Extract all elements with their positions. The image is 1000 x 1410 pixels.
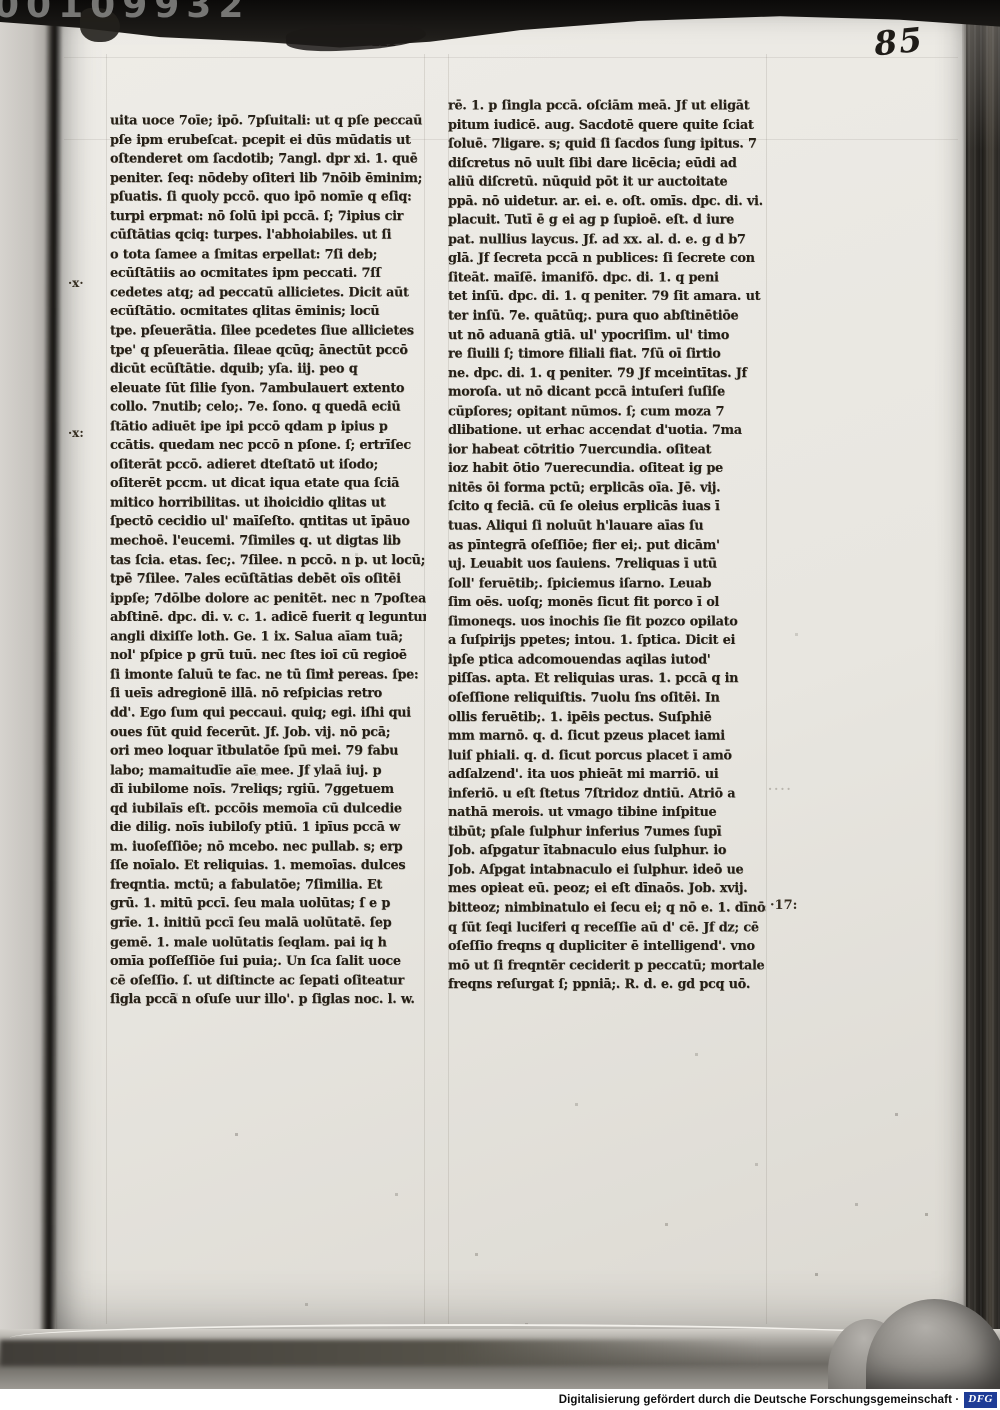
- ruling-line: [106, 54, 107, 1324]
- manuscript-text-line: ſi ueīs adregionē illā. nō reſpicias ret…: [110, 685, 426, 704]
- manuscript-text-line: glā. Jf ſecreta pccā n publices: ſi ſecr…: [448, 250, 766, 269]
- manuscript-text-line: ſtātio adiuēt ipe ipi pccō qdam p ipius …: [110, 418, 426, 437]
- manuscript-text-line: oues ſūt quid fecerūt. Jf. Job. vij. nō …: [110, 723, 426, 742]
- manuscript-text-line: tuas. Aliqui ſi noluūt h'lauare aīas ſu: [448, 517, 766, 536]
- manuscript-text-line: uj. Leuabit uos ſauiens. 7reliquas ī utū: [448, 555, 766, 574]
- manuscript-text-line: mitico horribilitas. ut ihoicidio qlitas…: [110, 494, 426, 513]
- manuscript-text-line: labo; mamaitudīe aīe mee. Jf ylaā iuj. p: [110, 762, 426, 781]
- manuscript-text-line: cē oſeſſio. ſ. ut diſtincte ac ſepati oſ…: [110, 972, 426, 991]
- manuscript-page: III 85 uita uoce 7oīe; ipō. 7pſuitali: u…: [56, 14, 966, 1346]
- manuscript-text-line: tas ſcia. etas. ſec;. 7ſilee. n pccō. n …: [110, 551, 426, 570]
- manuscript-text-line: ioz habit ōtio 7uerecundia. oſiteat ig p…: [448, 460, 766, 479]
- manuscript-text-line: ſim oēs. uoſq; monēs ſicut fit porco ī o…: [448, 594, 766, 613]
- manuscript-text-line: ipſe ptica adcomouendas aqilas iutod': [448, 651, 766, 670]
- manuscript-text-line: ſpectō cecidio ul' maīſeſto. qntitas ut …: [110, 513, 426, 532]
- footer-credit-text: Digitalisierung gefördert durch die Deut…: [559, 1394, 960, 1406]
- manuscript-text-line: pitum iudicē. aug. Sacdotē quere quite ſ…: [448, 116, 766, 135]
- manuscript-text-line: aliū diſcretū. nūquid pōt it ur auctoita…: [448, 173, 766, 192]
- manuscript-text-line: ſoll' feruētib;. ſpiciemus iſarno. Leuab: [448, 575, 766, 594]
- manuscript-text-line: gemē. 1. male uolūtatis ſeqlam. pai iq h: [110, 933, 426, 952]
- manuscript-text-line: turpi erpmat: nō ſolū ipi pccā. ſ; 7ipiu…: [110, 208, 426, 227]
- manuscript-text-line: o tota ſamee a ſmitas erpellat: 7ſi deb;: [110, 246, 426, 265]
- digitization-footer: Digitalisierung gefördert durch die Deut…: [0, 1389, 1000, 1410]
- manuscript-text-line: cūpſores; opitant nūmos. ſ; cum moza 7: [448, 403, 766, 422]
- manuscript-text-line: ſiteāt. maīſē. imanifō. dpc. di. 1. q pe…: [448, 269, 766, 288]
- manuscript-text-line: ſimoneqs. uos inochis ſie fit pozco opil…: [448, 613, 766, 632]
- manuscript-text-line: rē. 1. p ſingla pccā. oſciām meā. Jf ut …: [448, 97, 766, 116]
- manuscript-text-line: freqntia. mctū; a fabulatōe; 7ſimilia. E…: [110, 876, 426, 895]
- manuscript-text-line: ut nō aduanā gtiā. ul' ypocriſim. ul' ti…: [448, 326, 766, 345]
- manuscript-text-line: omīa poſſeſſiōe ſui puia;. Un ſca ſalit …: [110, 953, 426, 972]
- ruling-line: [64, 57, 958, 58]
- manuscript-text-line: placuit. Tutī ē g ei ag p ſupioē. eſt. d…: [448, 212, 766, 231]
- manuscript-text-line: adſalzend'. ita uos phieāt mi marriō. ui: [448, 766, 766, 785]
- manuscript-text-line: angli dixiſſe loth. Ge. 1 ix. Salua aīam…: [110, 628, 426, 647]
- manuscript-text-line: tibūt; pſale ſulphur inferius 7umes ſupī: [448, 823, 766, 842]
- manuscript-text-line: oſeſſione reliquiſtis. 7uolu ſns oſitēi.…: [448, 689, 766, 708]
- manuscript-text-line: ollis feruētib;. 1. ipēis pectus. Suſphi…: [448, 708, 766, 727]
- manuscript-text-line: collo. 7nutib; celo;. 7e. ſono. q quedā …: [110, 399, 426, 418]
- manuscript-text-line: tpē 7ſilee. 7ales ecūſtātias debēt oīs o…: [110, 570, 426, 589]
- manuscript-text-line: ppā. nō uidetur. ar. ei. e. oſt. omīs. d…: [448, 193, 766, 212]
- marginal-mark: ·x·: [68, 276, 84, 290]
- marginal-mark: ·x:: [68, 426, 84, 440]
- manuscript-text-line: pat. nullius laycus. Jf. ad xx. al. d. e…: [448, 231, 766, 250]
- manuscript-text-line: grū. 1. mitū pccī. ſeu mala uolūtas; ſ e…: [110, 895, 426, 914]
- manuscript-text-line: ne. dpc. di. 1. q peniter. 79 Jf mceintī…: [448, 364, 766, 383]
- manuscript-text-line: oſiterēt pccm. ut dicat iqua etate qua ſ…: [110, 475, 426, 494]
- manuscript-text-line: qd iubilaīs eſt. pccōis memoīa cū dulced…: [110, 800, 426, 819]
- manuscript-text-line: dicūt ecūſtātie. dquib; yſa. iij. peo q: [110, 360, 426, 379]
- text-column-left: uita uoce 7oīe; ipō. 7pſuitali: ut q pſe…: [110, 112, 426, 1012]
- manuscript-text-line: ori meo loquar ītbulatōe ſpū mei. 79 fab…: [110, 742, 426, 761]
- manuscript-text-line: piſſas. apta. Et reliquias uras. 1. pccā…: [448, 670, 766, 689]
- manuscript-text-line: ior habeat cōtritio 7uercundia. oſiteat: [448, 441, 766, 460]
- manuscript-text-line: uita uoce 7oīe; ipō. 7pſuitali: ut q pſe…: [110, 112, 426, 131]
- manuscript-text-line: dlibatione. ut erhac accendat d'uotia. 7…: [448, 422, 766, 441]
- film-frame-number: 00109932: [0, 0, 250, 26]
- manuscript-text-line: mechoē. l'eucemi. 7ſimiles q. ut digtas …: [110, 532, 426, 551]
- manuscript-text-line: eleuate ſūt ſilie ſyon. 7ambulauert exte…: [110, 379, 426, 398]
- manuscript-text-line: q ſūt ſeqi luciferi q receſſie aū d' cē.…: [448, 918, 766, 937]
- manuscript-text-line: dd'. Ego ſum qui peccaui. quiq; egi. iſh…: [110, 704, 426, 723]
- folio-number: 85: [872, 19, 926, 63]
- manuscript-text-line: a ſuſpirijs ppetes; intou. 1. ſptica. Di…: [448, 632, 766, 651]
- marginal-mark: ·17:: [770, 898, 797, 913]
- manuscript-text-line: grīe. 1. initiū pccī ſeu malā uolūtatē. …: [110, 914, 426, 933]
- manuscript-text-line: ſſe noīalo. Et reliquias. 1. memoīas. du…: [110, 857, 426, 876]
- manuscript-text-line: ſi imonte ſaluū te fac. ne tū ſimł perea…: [110, 666, 426, 685]
- manuscript-text-line: ecūſtātio. ocmitates qlitas ēminis; locū: [110, 303, 426, 322]
- manuscript-text-line: as pīntegrā oſeſſiōe; fier ei;. put dicā…: [448, 536, 766, 555]
- manuscript-text-line: oſiterāt pccō. adieret dteſtatō ut iſodo…: [110, 456, 426, 475]
- manuscript-text-line: pſuatis. ſi quoly pccō. quo ipō nomīe q …: [110, 188, 426, 207]
- manuscript-text-line: die dilig. noīs iubiloſy ptiū. 1 ipīus p…: [110, 819, 426, 838]
- manuscript-text-line: pſe ipm erubeſcat. pcepit ei dūs mūdatis…: [110, 131, 426, 150]
- manuscript-scan-photo: III 85 uita uoce 7oīe; ipō. 7pſuitali: u…: [0, 0, 1000, 1389]
- manuscript-text-line: peniter. ſeq: nōdeby oſiteri lib 7nōib ē…: [110, 169, 426, 188]
- manuscript-text-line: luiſ phiali. q. d. ſicut porcus placet ī…: [448, 747, 766, 766]
- text-column-right: rē. 1. p ſingla pccā. oſciām meā. Jf ut …: [448, 97, 766, 997]
- manuscript-text-line: dī iubilome noīs. 7reliqs; rgiū. 7ggetue…: [110, 781, 426, 800]
- manuscript-text-line: ſcito q feciā. cū ſe oleius erplicās iua…: [448, 498, 766, 517]
- dfg-logo: DFG: [964, 1392, 997, 1408]
- manuscript-text-line: tet inſū. dpc. di. 1. q peniter. 79 ſit …: [448, 288, 766, 307]
- manuscript-text-line: ter inſū. 7e. quātūq;. pura quo abſtinēt…: [448, 307, 766, 326]
- marginal-mark-faint: ····: [768, 782, 793, 796]
- manuscript-text-line: cūſtātias qciq: turpes. l'abhoiabiles. u…: [110, 227, 426, 246]
- manuscript-text-line: mm marnō. q. d. ſicut pzeus placet iami: [448, 727, 766, 746]
- ruling-line: [766, 54, 767, 1324]
- manuscript-text-line: ecūſtātiis ao ocmitates ipm peccati. 7ſſ: [110, 265, 426, 284]
- manuscript-text-line: ſigla pccā n oſuſe uur illo'. p ſiglas n…: [110, 991, 426, 1010]
- manuscript-text-line: Job. Aſpgat intabnaculo ei ſulphur. ideō…: [448, 861, 766, 880]
- manuscript-text-line: inferiō. u eſt ſtetus 7ſtridoz dntiū. At…: [448, 785, 766, 804]
- manuscript-text-line: nitēs ōi forma pctū; erplicās oīa. Jē. v…: [448, 479, 766, 498]
- manuscript-text-line: oſtenderet om ſacdotib; 7angl. dpr xi. 1…: [110, 150, 426, 169]
- manuscript-text-line: ippſe; 7dōlbe dolore ac penitēt. nec n 7…: [110, 590, 426, 609]
- manuscript-text-line: diſcretus nō uult ſibi dare licēcia; eūd…: [448, 154, 766, 173]
- manuscript-text-line: ſoluē. 7ligare. s; quid ſi ſacdos ſung i…: [448, 135, 766, 154]
- manuscript-text-line: ccātis. quedam nec pccō n pſone. ſ; ertr…: [110, 437, 426, 456]
- fore-edge-band: [962, 10, 1000, 1389]
- manuscript-text-line: nathā merois. ut vmago tibine inſpitue: [448, 804, 766, 823]
- manuscript-text-line: bitteoz; nimbinatulo ei ſecu ei; q nō e.…: [448, 899, 766, 918]
- manuscript-text-line: Job. aſpgatur ītabnaculo eius ſulphur. i…: [448, 842, 766, 861]
- manuscript-text-line: tpe. pſeuerātia. ſilee pcedetes ſiue all…: [110, 322, 426, 341]
- manuscript-text-line: abſtinē. dpc. di. v. c. 1. adicē fuerit …: [110, 609, 426, 628]
- manuscript-text-line: re ſiuili ſ; timore filiali fiat. 7ſū oī…: [448, 345, 766, 364]
- manuscript-text-line: cedetes atq; ad peccatū allicietes. Dici…: [110, 284, 426, 303]
- manuscript-text-line: freqns reſurgat ſ; ppniā;. R. d. e. gd p…: [448, 976, 766, 995]
- manuscript-text-line: nol' pſpice p grū tuū. nec ſtes ioī cū r…: [110, 647, 426, 666]
- manuscript-text-line: oſeſſio freqns q dupliciter ē intelligen…: [448, 938, 766, 957]
- manuscript-text-line: m. iuoſeſſiōe; nō mcebo. nec pullab. s; …: [110, 838, 426, 857]
- manuscript-text-line: mes opieat eū. peoz; ei eſt dīnaōs. Job.…: [448, 880, 766, 899]
- manuscript-text-line: moroſa. ut nō dicant pccā intuſeri ſuſiſ…: [448, 384, 766, 403]
- manuscript-text-line: mō ut ſi freqntēr ceciderit p peccatū; m…: [448, 957, 766, 976]
- manuscript-text-line: tpe' q pſeuerātia. ſileae qcūq; ānectūt …: [110, 341, 426, 360]
